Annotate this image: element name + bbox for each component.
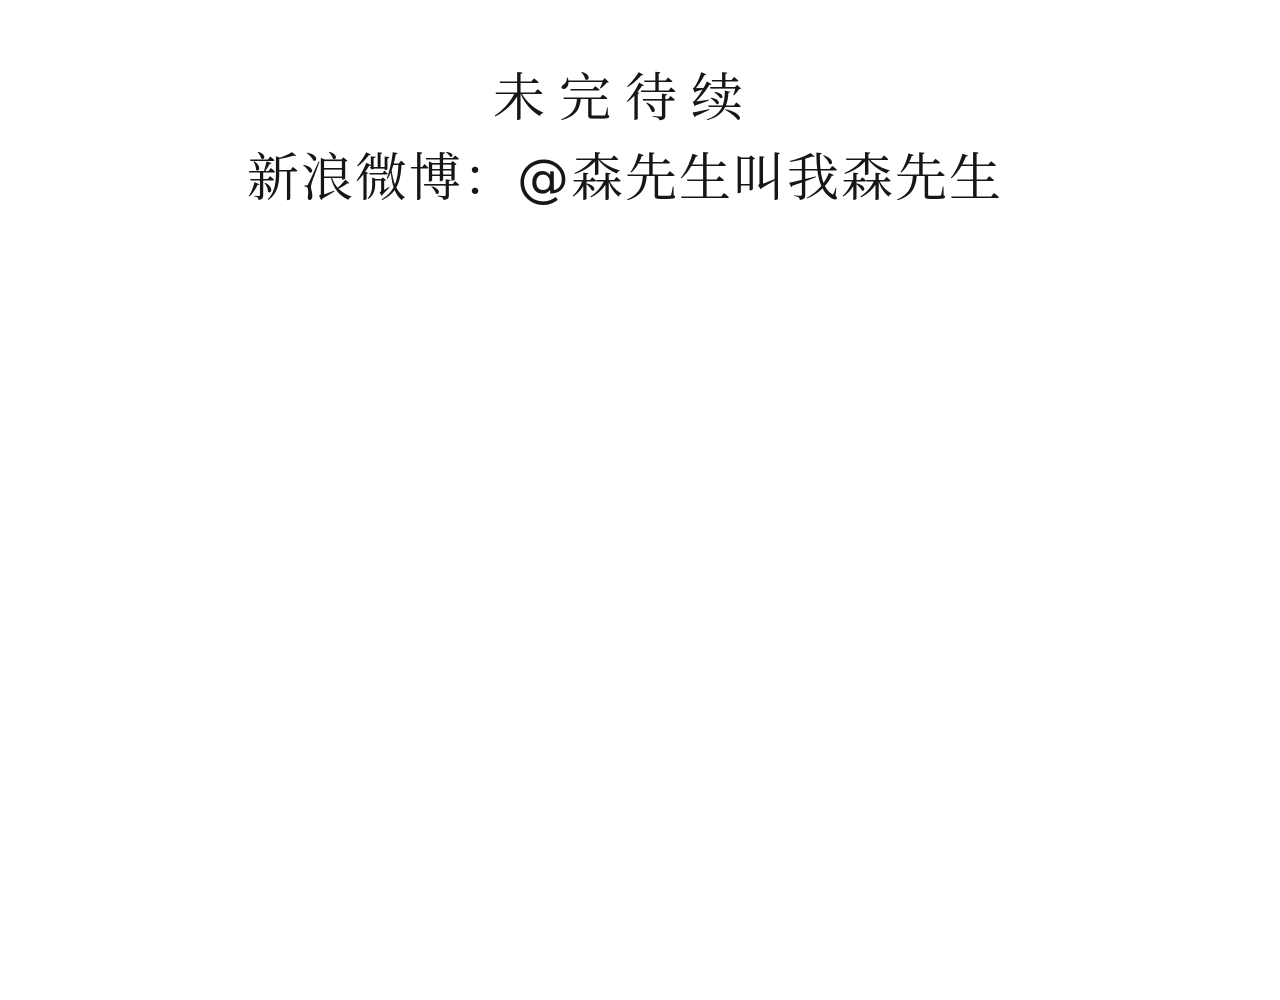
to-be-continued-text: 未完待续 — [0, 56, 1250, 131]
comic-end-page: 未完待续 新浪微博：@森先生叫我森先生 — [0, 0, 1280, 1000]
weibo-credit-text: 新浪微博：@森先生叫我森先生 — [0, 136, 1250, 211]
